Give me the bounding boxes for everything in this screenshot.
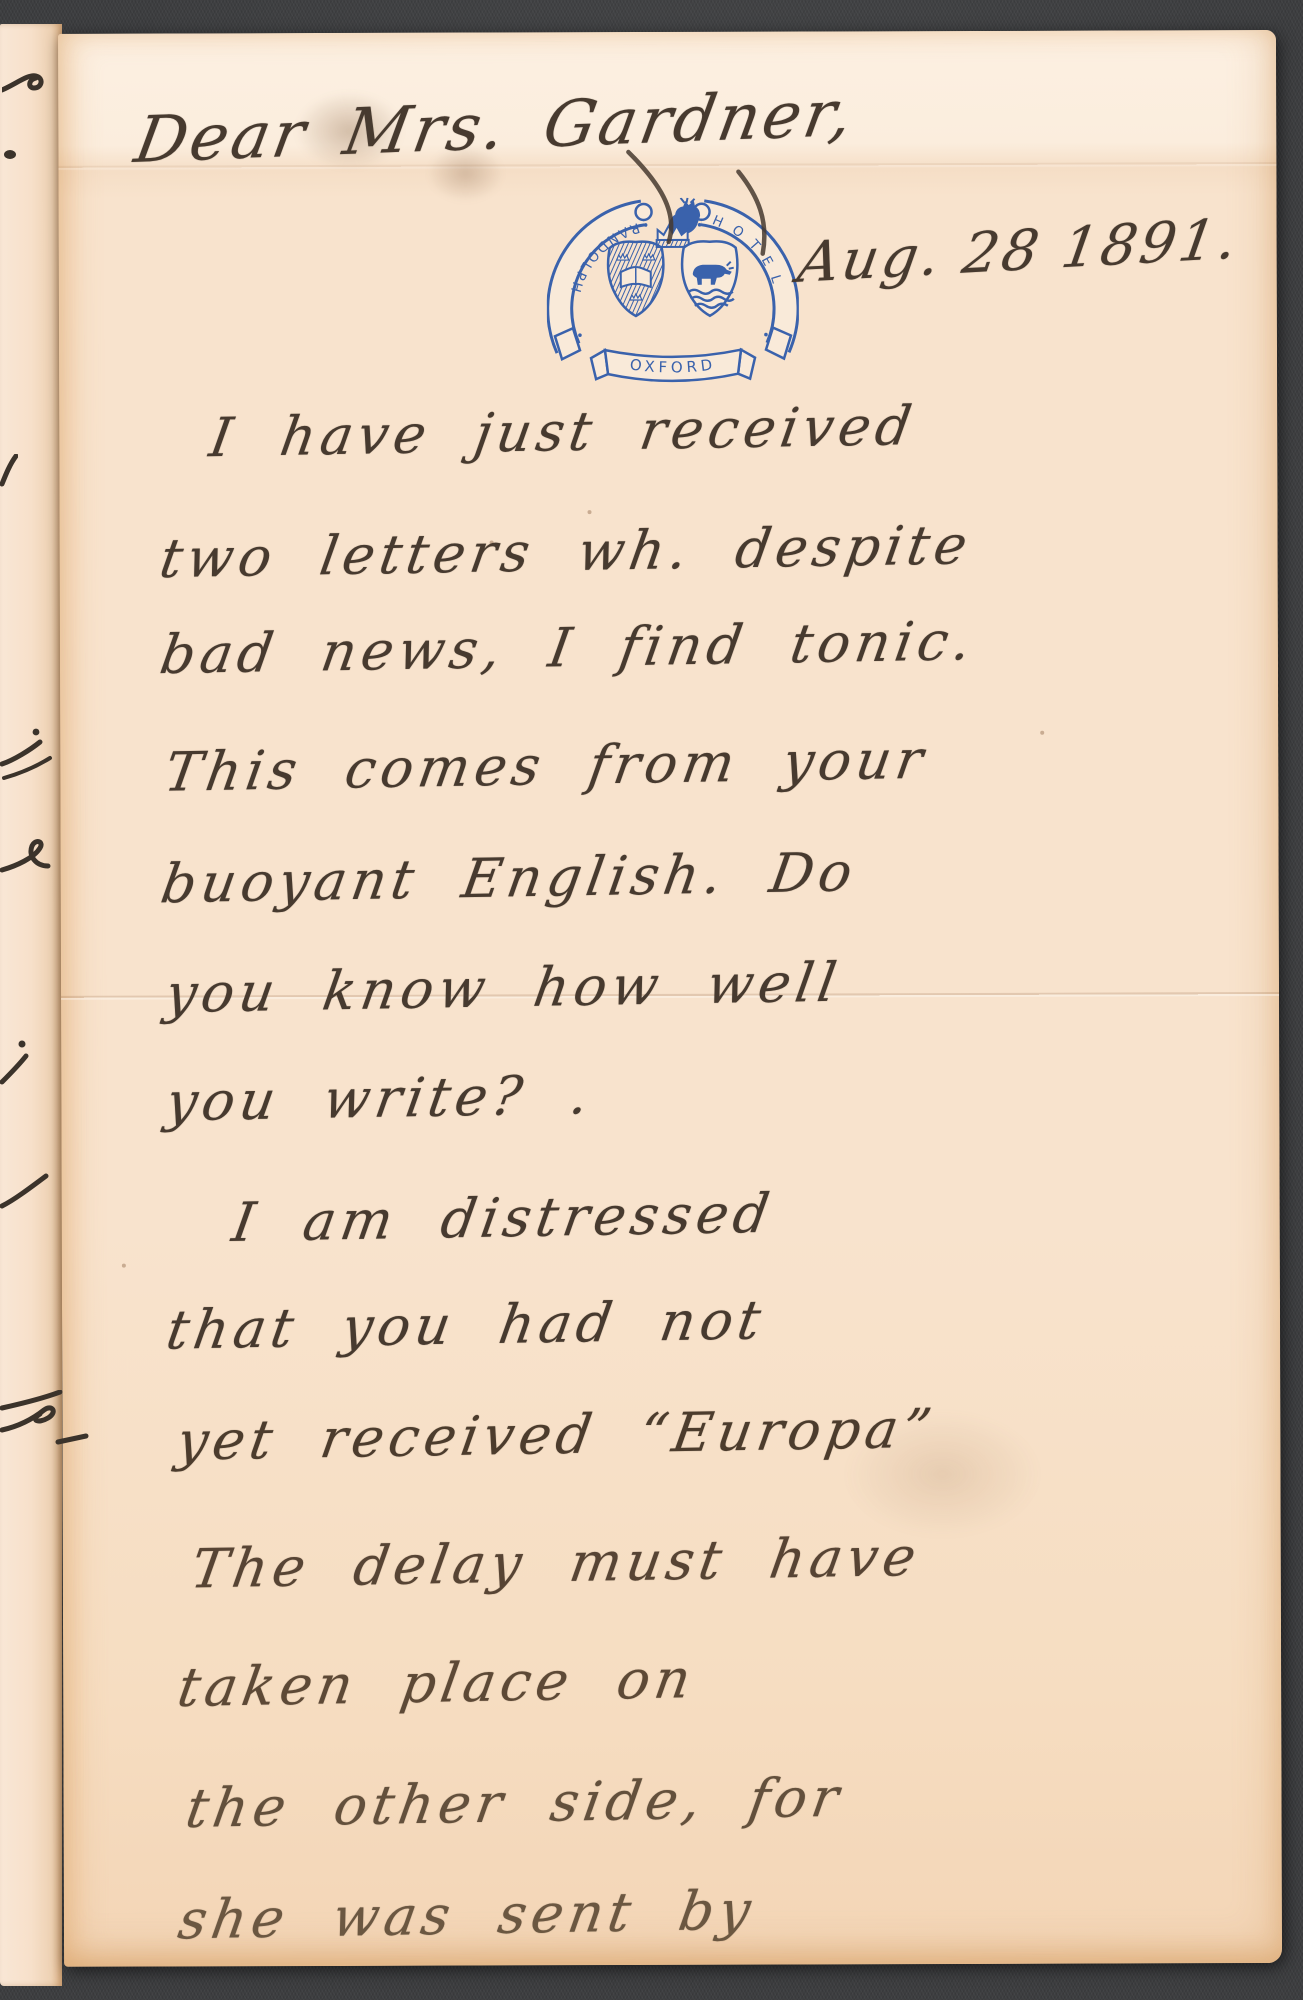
handwritten-line: that you had not <box>162 1288 770 1361</box>
ink-fragment-stroke <box>2 64 48 110</box>
handwritten-line: bad news, I find tonic. <box>156 609 980 686</box>
handwritten-line: buoyant English. Do <box>157 840 862 915</box>
ink-fragment-dot <box>4 150 16 159</box>
handwritten-line: two letters wh. despite <box>156 513 977 590</box>
handwritten-line: the other side, for <box>182 1766 848 1840</box>
ink-fragment-stroke <box>0 1172 50 1212</box>
paper-speck <box>1040 731 1044 735</box>
ink-fragment-stroke <box>0 724 54 784</box>
paper-speck <box>122 1264 126 1268</box>
stag-crest <box>668 198 699 234</box>
adjacent-page-edge <box>0 24 62 1986</box>
oxford-ribbon: OXFORD <box>591 350 755 382</box>
handwritten-line: I am distressed <box>228 1182 778 1254</box>
oxford-city-shield <box>682 241 738 316</box>
handwritten-line: This comes from your <box>160 728 932 804</box>
ink-fragment-stroke <box>0 836 52 892</box>
handwritten-line: yet received “Europa” <box>173 1397 941 1473</box>
letter-page: OXFORD RANDOLPH HOTEL Dear Mrs. Gardner,… <box>58 30 1282 1967</box>
date-line: Aug. 28 1891. <box>794 207 1245 296</box>
photographed-letter-scene: OXFORD RANDOLPH HOTEL Dear Mrs. Gardner,… <box>0 0 1303 2000</box>
handwritten-line: I have just received <box>205 394 920 469</box>
handwritten-line: The delay must have <box>187 1525 925 1600</box>
oxford-university-shield <box>608 242 664 317</box>
handwritten-line: you know how well <box>161 951 845 1026</box>
randolph-hotel-crest: OXFORD RANDOLPH HOTEL <box>547 198 800 391</box>
ink-fragment-stroke <box>0 1038 32 1086</box>
paper-speck <box>588 510 592 514</box>
handwritten-line: she was sent by <box>174 1879 760 1952</box>
salutation-line: Dear Mrs. Gardner, <box>129 77 860 178</box>
handwritten-line: taken place on <box>174 1647 700 1719</box>
ink-fragment-stroke <box>0 454 18 488</box>
handwritten-line: you write? . <box>162 1063 598 1133</box>
